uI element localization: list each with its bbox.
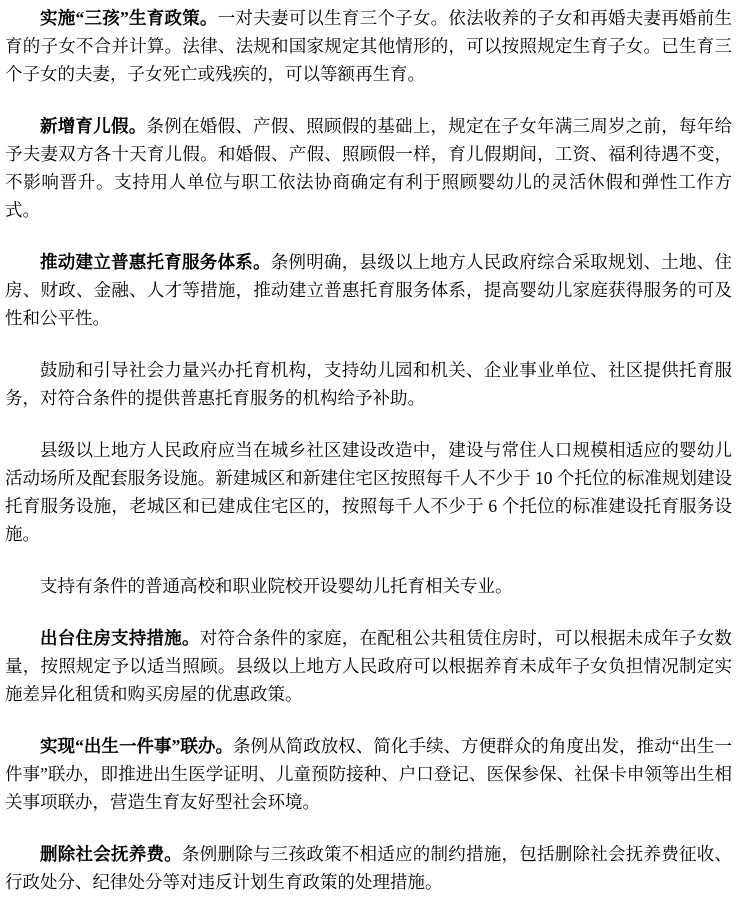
paragraph-heading: 出台住房支持措施。	[40, 628, 200, 648]
paragraph-college-majors: 支持有条件的普通高校和职业院校开设婴幼儿托育相关专业。	[5, 572, 732, 600]
paragraph-three-child-policy: 实施“三孩”生育政策。一对夫妻可以生育三个子女。依法收养的子女和再婚夫妻再婚前生…	[5, 4, 732, 88]
paragraph-social-childcare-support: 鼓励和引导社会力量兴办托育机构，支持幼儿园和机关、企业事业单位、社区提供托育服务…	[5, 356, 732, 412]
paragraph-housing-support: 出台住房支持措施。对符合条件的家庭，在配租公共租赁住房时，可以根据未成年子女数量…	[5, 624, 732, 708]
paragraph-heading: 实现“出生一件事”联办。	[40, 736, 233, 756]
paragraph-parental-leave: 新增育儿假。条例在婚假、产假、照顾假的基础上，规定在子女年满三周岁之前，每年给予…	[5, 112, 732, 224]
paragraph-childcare-system: 推动建立普惠托育服务体系。条例明确，县级以上地方人民政府综合采取规划、土地、住房…	[5, 248, 732, 332]
paragraph-remove-social-maintenance-fee: 删除社会抚养费。条例删除与三孩政策不相适应的制约措施，包括删除社会抚养费征收、行…	[5, 840, 732, 896]
document-page: 实施“三孩”生育政策。一对夫妻可以生育三个子女。依法收养的子女和再婚夫妻再婚前生…	[0, 0, 737, 898]
paragraph-heading: 新增育儿假。	[40, 116, 147, 136]
paragraph-heading: 删除社会抚养费。	[40, 844, 182, 864]
paragraph-birth-one-stop-service: 实现“出生一件事”联办。条例从简政放权、简化手续、方便群众的角度出发，推动“出生…	[5, 732, 732, 816]
paragraph-body: 县级以上地方人民政府应当在城乡社区建设改造中，建设与常住人口规模相适应的婴幼儿活…	[5, 440, 732, 544]
paragraph-body: 鼓励和引导社会力量兴办托育机构，支持幼儿园和机关、企业事业单位、社区提供托育服务…	[5, 360, 732, 408]
paragraph-heading: 实施“三孩”生育政策。	[40, 8, 218, 28]
paragraph-community-facilities: 县级以上地方人民政府应当在城乡社区建设改造中，建设与常住人口规模相适应的婴幼儿活…	[5, 436, 732, 548]
paragraph-heading: 推动建立普惠托育服务体系。	[40, 252, 271, 272]
paragraph-body: 支持有条件的普通高校和职业院校开设婴幼儿托育相关专业。	[40, 576, 513, 596]
